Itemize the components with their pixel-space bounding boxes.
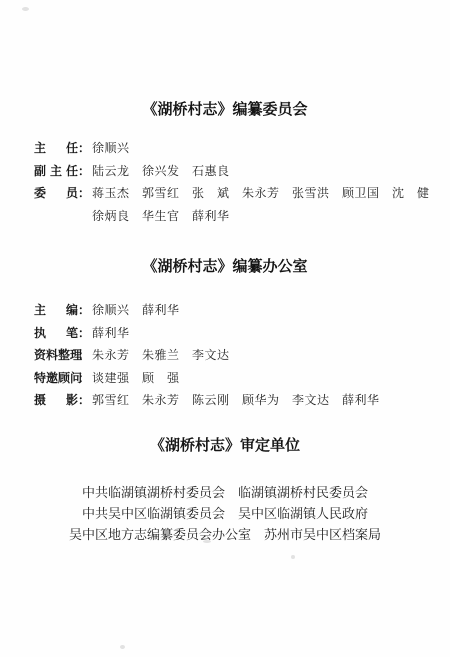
- row-members: 委员：蒋玉杰 郭雪红 张 斌 朱永芳 张雪洪 顾卫国 沈 健: [0, 182, 450, 205]
- scan-speck: [203, 540, 211, 543]
- row-names-data-compilers: 朱永芳 朱雅兰 李文达: [92, 344, 230, 367]
- scan-speck: [22, 7, 29, 11]
- row-names-deputy-directors: 陆云龙 徐兴发 石惠良: [92, 160, 230, 183]
- row-deputy-directors: 副主任：陆云龙 徐兴发 石惠良: [0, 160, 450, 183]
- section-title-compilation-committee: 《湖桥村志》编纂委员会: [0, 0, 450, 119]
- row-label-writer: 执笔: [34, 322, 78, 345]
- row-colon: ：: [78, 389, 90, 412]
- row-names-director: 徐顺兴: [92, 137, 130, 160]
- row-names-chief-editors: 徐顺兴 薛利华: [92, 299, 180, 322]
- section-approving-units: 《湖桥村志》审定单位 中共临湖镇湖桥村委员会 临湖镇湖桥村民委员会 中共吴中区临…: [0, 437, 450, 545]
- row-data-compilers: 资料整理：朱永芳 朱雅兰 李文达: [0, 344, 450, 367]
- section-title-compilation-office: 《湖桥村志》编纂办公室: [0, 258, 450, 276]
- row-label-chief-editors: 主编: [34, 299, 78, 322]
- scan-speck: [120, 645, 125, 649]
- committee-rows: 主任：徐顺兴 副主任：陆云龙 徐兴发 石惠良 委员：蒋玉杰 郭雪红 张 斌 朱永…: [0, 137, 450, 227]
- row-photographers: 摄影：郭雪红 朱永芳 陈云刚 顾华为 李文达 薛利华: [0, 389, 450, 412]
- row-label-photographers: 摄影: [34, 389, 78, 412]
- row-writer: 执笔：薛利华: [0, 322, 450, 345]
- org-line: 中共吴中区临湖镇委员会 吴中区临湖镇人民政府: [0, 503, 450, 524]
- row-names-special-advisors: 谈建强 顾 强: [92, 367, 180, 390]
- row-names-photographers: 郭雪红 朱永芳 陈云刚 顾华为 李文达 薛利华: [92, 389, 380, 412]
- row-names-writer: 薛利华: [92, 322, 130, 345]
- row-label-data-compilers: 资料整理: [34, 344, 78, 367]
- row-label-special-advisors: 特邀顾问: [34, 367, 78, 390]
- row-colon: ：: [78, 299, 90, 322]
- row-colon: ：: [78, 137, 90, 160]
- row-names-members-continuation: 徐炳良 华生官 薛利华: [92, 205, 230, 228]
- scan-speck: [291, 555, 295, 559]
- section-compilation-office: 《湖桥村志》编纂办公室 主编：徐顺兴 薛利华 执笔：薛利华 资料整理：朱永芳 朱…: [0, 258, 450, 412]
- org-line: 吴中区地方志编纂委员会办公室 苏州市吴中区档案局: [0, 524, 450, 545]
- row-colon: ：: [78, 182, 90, 205]
- row-director: 主任：徐顺兴: [0, 137, 450, 160]
- office-rows: 主编：徐顺兴 薛利华 执笔：薛利华 资料整理：朱永芳 朱雅兰 李文达 特邀顾问：…: [0, 299, 450, 412]
- row-colon: ：: [78, 367, 90, 390]
- row-colon: ：: [78, 160, 90, 183]
- row-special-advisors: 特邀顾问：谈建强 顾 强: [0, 367, 450, 390]
- row-label-members: 委员: [34, 182, 78, 205]
- approving-units-list: 中共临湖镇湖桥村委员会 临湖镇湖桥村民委员会 中共吴中区临湖镇委员会 吴中区临湖…: [0, 482, 450, 545]
- section-title-approving-units: 《湖桥村志》审定单位: [0, 437, 450, 455]
- row-label-director: 主任: [34, 137, 78, 160]
- row-label-deputy-directors: 副主任: [34, 160, 78, 183]
- row-names-members: 蒋玉杰 郭雪红 张 斌 朱永芳 张雪洪 顾卫国 沈 健: [92, 182, 430, 205]
- document-page: 《湖桥村志》编纂委员会 主任：徐顺兴 副主任：陆云龙 徐兴发 石惠良 委员：蒋玉…: [0, 0, 450, 657]
- row-members-continuation: ：徐炳良 华生官 薛利华: [0, 205, 450, 228]
- row-colon: ：: [78, 322, 90, 345]
- section-compilation-committee: 《湖桥村志》编纂委员会 主任：徐顺兴 副主任：陆云龙 徐兴发 石惠良 委员：蒋玉…: [0, 0, 450, 227]
- org-line: 中共临湖镇湖桥村委员会 临湖镇湖桥村民委员会: [0, 482, 450, 503]
- row-colon: ：: [78, 344, 90, 367]
- row-chief-editors: 主编：徐顺兴 薛利华: [0, 299, 450, 322]
